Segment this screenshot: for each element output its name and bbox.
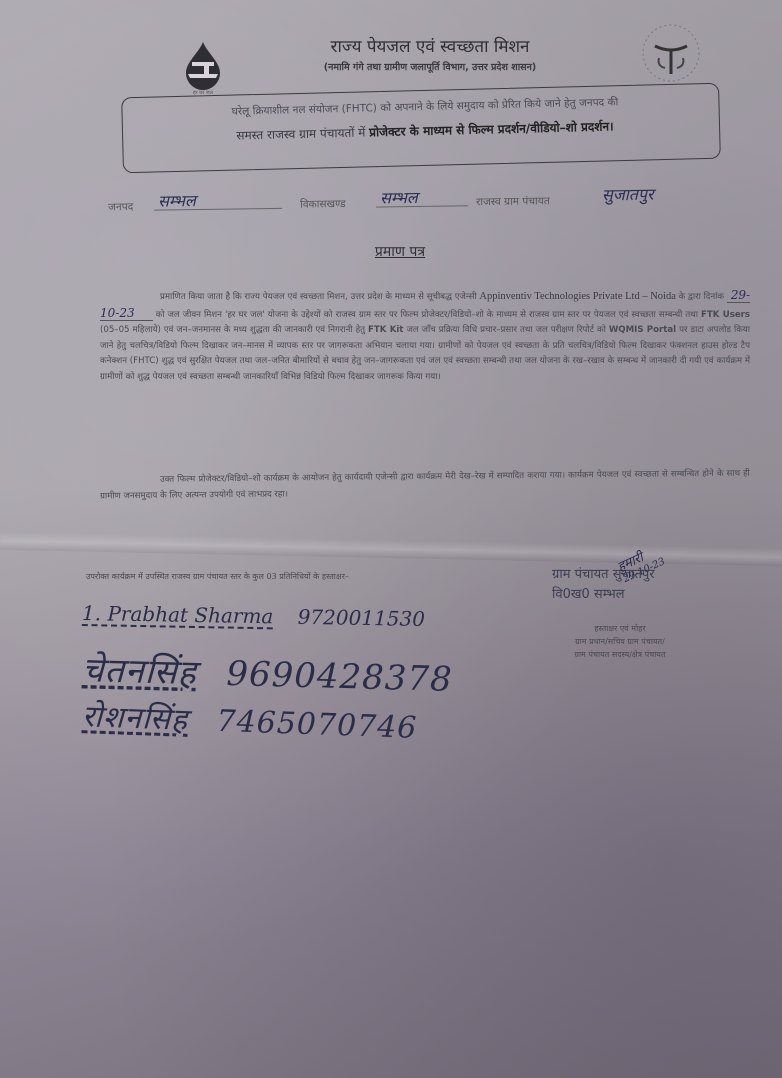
signer-caption: हस्ताक्षर एवं मोहर ग्राम प्रधान/सचिव ग्र… xyxy=(520,622,720,661)
water-drop-logo-icon: हर घर जल xyxy=(178,40,228,96)
district-value: सम्भल xyxy=(154,188,282,211)
panchayat-value: सुजातपुर xyxy=(598,182,706,204)
signatory-name: चेतनसिंह xyxy=(81,645,197,694)
block-label: विकासखण्ड xyxy=(300,197,346,212)
district-label: जनपद xyxy=(108,200,133,214)
para1-text-b: के द्वारा दिनांक xyxy=(679,292,724,302)
state-emblem-icon xyxy=(635,22,707,84)
mission-title: राज्य पेयजल एवं स्वच्छता मिशन xyxy=(240,34,620,57)
certificate-paragraph-1: प्रमाणित किया जाता है कि राज्य पेयजल एवं… xyxy=(100,288,750,385)
signer-caption-line-2: ग्राम प्रधान/सचिव ग्राम पंचायत/ xyxy=(520,635,720,648)
para1-text-e: जल जाँच प्रक्रिया विधि प्रचार–प्रसार तथा… xyxy=(406,325,605,335)
panchayat-label: राजस्व ग्राम पंचायत xyxy=(476,194,550,209)
signatory-phone: 9720011530 xyxy=(297,605,425,631)
banner-line-2-prefix: समस्त राजस्व ग्राम पंचायतों में xyxy=(236,125,365,142)
stamp-line-2: वि0ख0 सम्भल xyxy=(552,585,752,605)
para1-text-d: (05–05 महिलायें) एवं जन–जनमानस के मध्य श… xyxy=(100,325,365,335)
signatory-phone: 9690428378 xyxy=(226,654,453,700)
para1-text-a: प्रमाणित किया जाता है कि राज्य पेयजल एवं… xyxy=(160,292,477,302)
agency-name: Appinventiv Technologies Private Ltd – N… xyxy=(479,291,676,302)
signature-entry-3: रोशनसिंह 7465070746 xyxy=(81,694,418,747)
signatures-intro: उपरोक्त कार्यक्रम में उपस्थित राजस्व ग्र… xyxy=(86,570,446,584)
signature-entry-1: 1. Prabhat Sharma 9720011530 xyxy=(82,601,425,631)
signatory-name: 1. Prabhat Sharma xyxy=(82,601,274,628)
location-fields: जनपद सम्भल विकासखण्ड सम्भल राजस्व ग्राम … xyxy=(108,182,728,215)
signer-caption-line-3: ग्राम पंचायत सदस्य/क्षेत्र पंचायत xyxy=(520,648,720,661)
block-value: सम्भल xyxy=(376,185,468,207)
para2-text: उक्त फिल्म प्रोजेक्टर/विडियो–शो कार्यक्र… xyxy=(100,469,750,501)
department-subtitle: (नमामि गंगे तथा ग्रामीण जलापूर्ति विभाग,… xyxy=(240,60,620,73)
para1-text-c: को जल जीवन मिशन 'हर घर जल' योजना के उद्द… xyxy=(156,310,698,320)
certificate-paragraph-2: उक्त फिल्म प्रोजेक्टर/विडियो–शो कार्यक्र… xyxy=(100,467,750,505)
signatory-phone: 7465070746 xyxy=(216,704,418,746)
certificate-heading: प्रमाण पत्र xyxy=(330,242,470,261)
signature-entry-2: चेतनसिंह 9690428378 xyxy=(81,645,453,701)
ftk-kit: FTK Kit xyxy=(368,325,403,335)
signatory-name: रोशनसिंह xyxy=(81,694,188,739)
signer-caption-line-1: हस्ताक्षर एवं मोहर xyxy=(520,622,720,635)
wqmis-portal: WQMIS Portal xyxy=(609,325,676,335)
ftk-users: FTK Users xyxy=(701,310,750,320)
